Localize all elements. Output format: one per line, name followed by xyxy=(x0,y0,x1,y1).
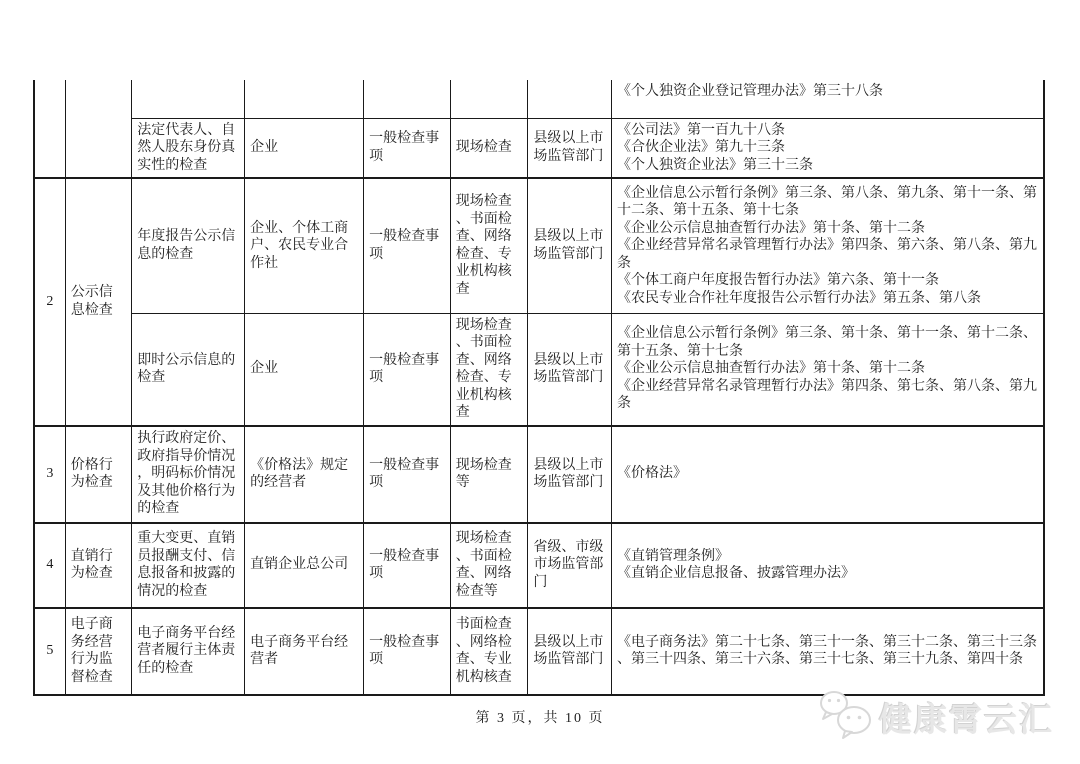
target-cell: 企业 xyxy=(245,118,364,178)
table-row: 5电子商务经营行为监督检查电子商务平台经营者履行主体责任的检查电子商务平台经营者… xyxy=(34,608,1044,695)
row-number-cell: 5 xyxy=(34,608,65,695)
department-cell: 县级以上市场监管部门 xyxy=(528,178,612,313)
target-cell: 直销企业总公司 xyxy=(245,523,364,608)
table-row: 法定代表人、自然人股东身份真实性的检查企业一般检查事项现场检查县级以上市场监管部… xyxy=(34,118,1044,178)
item-cell: 执行政府定价、政府指导价情况，明码标价情况及其他价格行为的检查 xyxy=(132,426,245,523)
row-number-cell: 3 xyxy=(34,426,65,523)
item-cell: 电子商务平台经营者履行主体责任的检查 xyxy=(132,608,245,695)
method-cell: 现场检查 xyxy=(450,118,528,178)
method-cell xyxy=(450,80,528,118)
type-cell xyxy=(364,80,451,118)
legal-basis-entry: 《农民专业合作社年度报告公示暂行办法》第五条、第八条 xyxy=(617,290,1038,308)
legal-basis-entry: 《公司法》第一百九十八条 xyxy=(617,122,1038,140)
legal-basis-cell: 《公司法》第一百九十八条《合伙企业法》第九十三条《个人独资企业法》第三十三条 xyxy=(612,118,1044,178)
department-cell: 省级、市级市场监管部门 xyxy=(528,523,612,608)
inspection-table: 《个人独资企业登记管理办法》第三十八条法定代表人、自然人股东身份真实性的检查企业… xyxy=(33,80,1045,696)
target-cell: 《价格法》规定的经营者 xyxy=(245,426,364,523)
department-cell: 县级以上市场监管部门 xyxy=(528,313,612,426)
legal-basis-entry: 《合伙企业法》第九十三条 xyxy=(617,139,1038,157)
category-cell: 电子商务经营行为监督检查 xyxy=(65,608,132,695)
legal-basis-entry: 《企业信息公示暂行条例》第三条、第十条、第十一条、第十二条、第十五条、第十七条 xyxy=(617,325,1038,360)
method-cell: 现场检查、书面检查、网络检查、专业机构核查 xyxy=(450,178,528,313)
department-cell: 县级以上市场监管部门 xyxy=(528,426,612,523)
table-row: 4直销行为检查重大变更、直销员报酬支付、信息报备和披露的情况的检查直销企业总公司… xyxy=(34,523,1044,608)
method-cell: 现场检查、书面检查、网络检查等 xyxy=(450,523,528,608)
department-cell: 县级以上市场监管部门 xyxy=(528,608,612,695)
method-cell: 现场检查、书面检查、网络检查、专业机构核查 xyxy=(450,313,528,426)
legal-basis-entry: 《直销管理条例》 xyxy=(617,548,1038,566)
legal-basis-entry: 《个人独资企业法》第三十三条 xyxy=(617,157,1038,175)
table-row: 3价格行为检查执行政府定价、政府指导价情况，明码标价情况及其他价格行为的检查《价… xyxy=(34,426,1044,523)
category-cell: 公示信息检查 xyxy=(65,178,132,426)
legal-basis-cell: 《直销管理条例》《直销企业信息报备、披露管理办法》 xyxy=(612,523,1044,608)
legal-basis-entry: 《企业经营异常名录管理暂行办法》第四条、第六条、第八条、第九条 xyxy=(617,237,1038,272)
legal-basis-entry: 《电子商务法》第二十七条、第三十一条、第三十二条、第三十三条、第三十四条、第三十… xyxy=(617,634,1038,669)
method-cell: 书面检查、网络检查、专业机构核查 xyxy=(450,608,528,695)
table-row: 《个人独资企业登记管理办法》第三十八条 xyxy=(34,80,1044,118)
type-cell: 一般检查事项 xyxy=(364,523,451,608)
department-cell: 县级以上市场监管部门 xyxy=(528,118,612,178)
category-cell: 价格行为检查 xyxy=(65,426,132,523)
legal-basis-entry: 《企业经营异常名录管理暂行办法》第四条、第七条、第八条、第九条 xyxy=(617,378,1038,413)
legal-basis-cell: 《电子商务法》第二十七条、第三十一条、第三十二条、第三十三条、第三十四条、第三十… xyxy=(612,608,1044,695)
type-cell: 一般检查事项 xyxy=(364,426,451,523)
legal-basis-entry: 《企业公示信息抽查暂行办法》第十条、第十二条 xyxy=(617,220,1038,238)
target-cell: 企业、个体工商户、农民专业合作社 xyxy=(245,178,364,313)
department-cell xyxy=(528,80,612,118)
type-cell: 一般检查事项 xyxy=(364,608,451,695)
row-number-cell xyxy=(34,80,65,178)
item-cell: 即时公示信息的检查 xyxy=(132,313,245,426)
legal-basis-entry: 《直销企业信息报备、披露管理办法》 xyxy=(617,565,1038,583)
method-cell: 现场检查等 xyxy=(450,426,528,523)
table-row: 即时公示信息的检查企业一般检查事项现场检查、书面检查、网络检查、专业机构核查县级… xyxy=(34,313,1044,426)
legal-basis-cell: 《价格法》 xyxy=(612,426,1044,523)
item-cell: 法定代表人、自然人股东身份真实性的检查 xyxy=(132,118,245,178)
document-page: 《个人独资企业登记管理办法》第三十八条法定代表人、自然人股东身份真实性的检查企业… xyxy=(0,0,1080,764)
item-cell: 年度报告公示信息的检查 xyxy=(132,178,245,313)
legal-basis-cell: 《企业信息公示暂行条例》第三条、第八条、第九条、第十一条、第十二条、第十五条、第… xyxy=(612,178,1044,313)
legal-basis-cell: 《企业信息公示暂行条例》第三条、第十条、第十一条、第十二条、第十五条、第十七条《… xyxy=(612,313,1044,426)
target-cell: 电子商务平台经营者 xyxy=(245,608,364,695)
legal-basis-entry: 《价格法》 xyxy=(617,465,1038,483)
category-cell: 直销行为检查 xyxy=(65,523,132,608)
legal-basis-entry: 《企业公示信息抽查暂行办法》第十条、第十二条 xyxy=(617,360,1038,378)
type-cell: 一般检查事项 xyxy=(364,313,451,426)
target-cell: 企业 xyxy=(245,313,364,426)
watermark: 健康霄云汇 xyxy=(817,688,1054,747)
row-number-cell: 4 xyxy=(34,523,65,608)
legal-basis-entry: 《企业信息公示暂行条例》第三条、第八条、第九条、第十一条、第十二条、第十五条、第… xyxy=(617,185,1038,220)
item-cell: 重大变更、直销员报酬支付、信息报备和披露的情况的检查 xyxy=(132,523,245,608)
category-cell xyxy=(65,80,132,178)
legal-basis-entry: 《个体工商户年度报告暂行办法》第六条、第十一条 xyxy=(617,272,1038,290)
table-row: 2公示信息检查年度报告公示信息的检查企业、个体工商户、农民专业合作社一般检查事项… xyxy=(34,178,1044,313)
watermark-text: 健康霄云汇 xyxy=(879,694,1054,741)
row-number-cell: 2 xyxy=(34,178,65,426)
inspection-table-body: 《个人独资企业登记管理办法》第三十八条法定代表人、自然人股东身份真实性的检查企业… xyxy=(34,80,1044,695)
target-cell xyxy=(245,80,364,118)
type-cell: 一般检查事项 xyxy=(364,178,451,313)
item-cell xyxy=(132,80,245,118)
legal-basis-entry: 《个人独资企业登记管理办法》第三十八条 xyxy=(617,83,1038,101)
wechat-bubbles-icon xyxy=(817,688,875,747)
type-cell: 一般检查事项 xyxy=(364,118,451,178)
legal-basis-cell: 《个人独资企业登记管理办法》第三十八条 xyxy=(612,80,1044,118)
